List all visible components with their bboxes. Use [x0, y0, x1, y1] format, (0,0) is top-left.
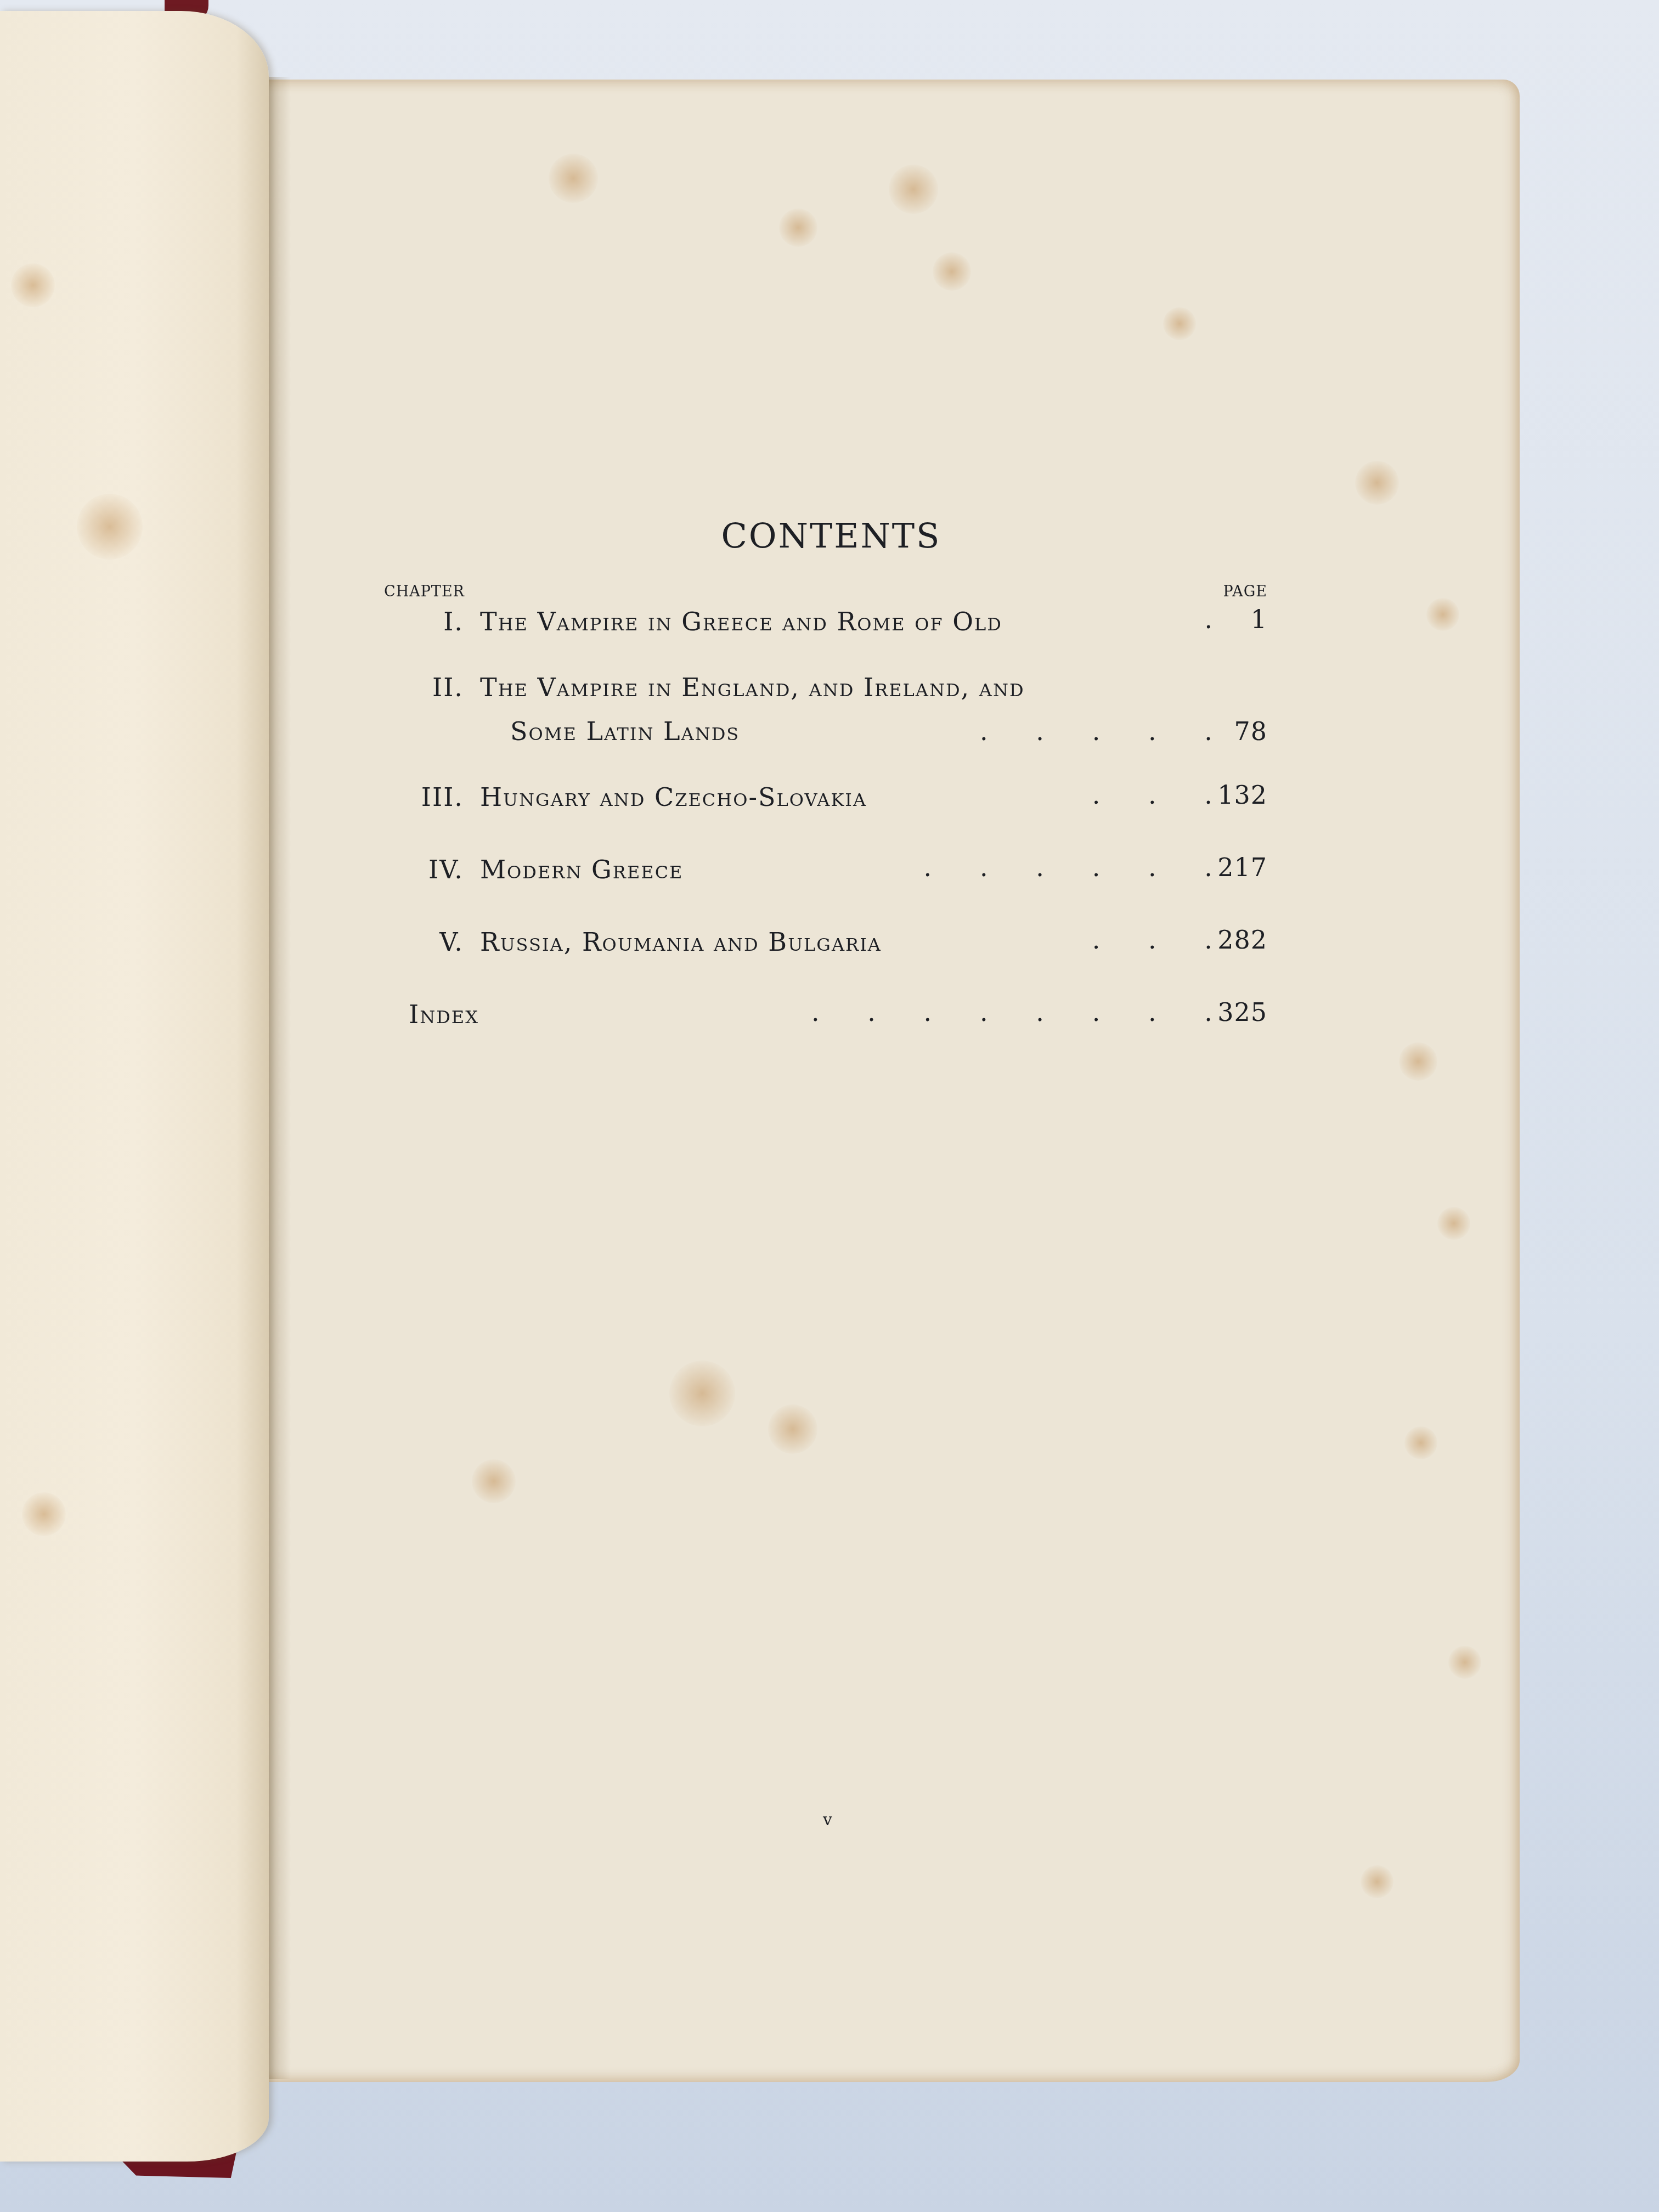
foxing-spot — [1404, 1426, 1437, 1459]
toc-entry: III.Hungary and Czecho-Slovakia . . . 13… — [384, 780, 1267, 814]
toc-entry: V.Russia, Roumania and Bulgaria . . . 28… — [384, 925, 1267, 959]
page-number: 78 — [1234, 714, 1267, 748]
dot-leader: . . . . . . — [924, 853, 1212, 882]
foxing-spot — [768, 1404, 817, 1454]
dot-leader: . . . — [1092, 780, 1212, 810]
foxing-spot — [549, 154, 598, 203]
foxing-spot — [472, 1459, 516, 1503]
dot-leader: . — [1204, 605, 1212, 634]
chapter-title: Hungary and Czecho-Slovakia — [480, 782, 867, 812]
foxing-spot — [889, 165, 938, 214]
dot-leader: . . . . . . . . — [811, 997, 1212, 1027]
page-column-header: PAGE — [1223, 583, 1267, 600]
chapter-numeral: I. — [384, 605, 480, 639]
chapter-title-line-1: The Vampire in England, and Ireland, and — [480, 673, 1025, 702]
index-label: Index — [409, 1000, 479, 1029]
page-title: CONTENTS — [390, 516, 1273, 556]
page-number: 217 — [1217, 853, 1267, 882]
foxing-spot — [1448, 1646, 1481, 1679]
contents-page — [258, 80, 1520, 2082]
dot-leader: . . . — [1092, 925, 1212, 955]
table-of-contents: CONTENTS CHAPTER PAGE I.The Vampire in G… — [384, 516, 1267, 1031]
chapter-numeral: III. — [384, 780, 480, 814]
left-page-curl — [0, 11, 269, 2162]
column-headers: CHAPTER PAGE — [384, 583, 1267, 600]
page-number: 282 — [1217, 925, 1267, 955]
foxing-spot — [933, 252, 971, 291]
toc-entry: I.The Vampire in Greece and Rome of Old … — [384, 605, 1267, 639]
foxing-spot — [669, 1361, 735, 1426]
page-number: 1 — [1251, 605, 1267, 634]
foxing-spot — [22, 1492, 66, 1536]
foxing-spot — [1426, 598, 1459, 631]
chapter-numeral: IV. — [384, 853, 480, 887]
chapter-title-line-2: Some Latin Lands — [510, 716, 740, 746]
foxing-spot — [77, 494, 143, 560]
foxing-spot — [1361, 1865, 1393, 1898]
page-number: 132 — [1217, 780, 1267, 810]
chapter-numeral: II. — [384, 670, 480, 704]
chapter-title: Russia, Roumania and Bulgaria — [480, 927, 882, 957]
foxing-spot — [1355, 461, 1399, 505]
toc-entry: II.The Vampire in England, and Ireland, … — [384, 670, 1267, 748]
chapter-title: The Vampire in Greece and Rome of Old — [480, 607, 1002, 636]
foxing-spot — [1399, 1042, 1437, 1081]
dot-leader: . . . . . — [980, 714, 1212, 748]
foxing-spot — [1437, 1207, 1470, 1240]
page-folio: v — [823, 1810, 832, 1830]
foxing-spot — [1163, 307, 1196, 340]
page-number: 325 — [1217, 997, 1267, 1027]
foxing-spot — [779, 208, 817, 247]
toc-entry-index: Index . . . . . . . . 325 — [384, 997, 1267, 1031]
chapter-numeral: V. — [384, 925, 480, 959]
chapter-column-header: CHAPTER — [384, 583, 465, 600]
chapter-title: Modern Greece — [480, 855, 683, 884]
toc-entry: IV.Modern Greece . . . . . . 217 — [384, 853, 1267, 887]
foxing-spot — [11, 263, 55, 307]
